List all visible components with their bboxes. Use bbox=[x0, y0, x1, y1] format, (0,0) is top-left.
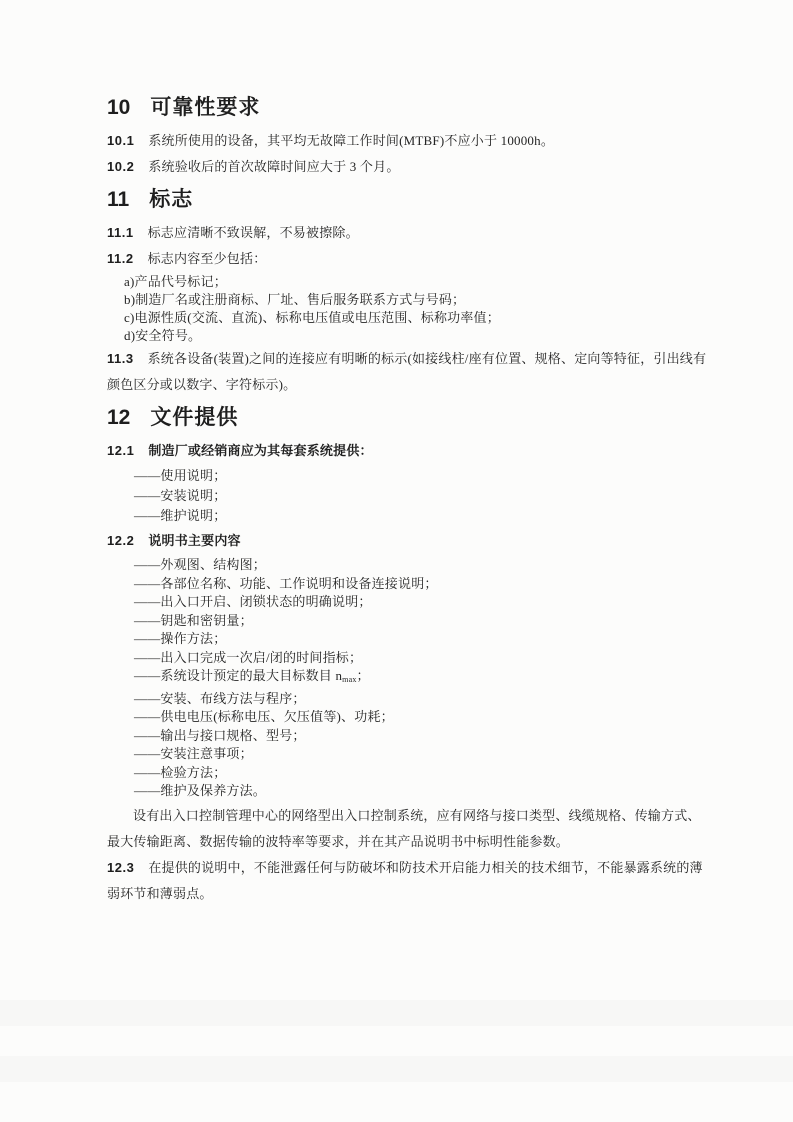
section-11-title: 标志 bbox=[149, 188, 193, 211]
list-item: ——安装、布线方法与程序； bbox=[134, 690, 707, 709]
section-10-number: 10 bbox=[107, 96, 130, 120]
list-item: ——出入口开启、闭锁状态的明确说明； bbox=[134, 593, 707, 612]
scan-artifact-band bbox=[0, 1056, 793, 1082]
list-item: ——出入口完成一次启/闭的时间指标； bbox=[134, 649, 707, 668]
clause-11-3-text: 系统各设备(装置)之间的连接应有明晰的标示(如接线柱/座有位置、规格、定向等特征… bbox=[107, 351, 706, 392]
section-11-heading: 11标志 bbox=[107, 188, 707, 212]
clause-12-2: 12.2说明书主要内容 bbox=[107, 528, 707, 554]
list-item-nmax: ——系统设计预定的最大目标数目 nmax； bbox=[134, 667, 707, 690]
section-10-heading: 10可靠性要求 bbox=[107, 96, 707, 120]
list-item: ——使用说明； bbox=[134, 466, 707, 486]
scan-artifact-band bbox=[0, 1000, 793, 1026]
clause-11-3: 11.3系统各设备(装置)之间的连接应有明晰的标示(如接线柱/座有位置、规格、定… bbox=[107, 346, 707, 398]
list-item: ——操作方法； bbox=[134, 630, 707, 649]
clause-11-2: 11.2标志内容至少包括： bbox=[107, 246, 707, 272]
list-item: a)产品代号标记； bbox=[124, 273, 707, 291]
clause-12-1-title: 制造厂或经销商应为其每套系统提供： bbox=[148, 443, 372, 458]
document-page: 10可靠性要求 10.1系统所使用的设备，其平均无故障工作时间(MTBF)不应小… bbox=[0, 0, 793, 1122]
item-text: ——系统设计预定的最大目标数目 n bbox=[134, 668, 342, 683]
list-item: ——钥匙和密钥量； bbox=[134, 612, 707, 631]
clause-11-2-text: 标志内容至少包括： bbox=[148, 251, 267, 266]
list-item: ——各部位名称、功能、工作说明和设备连接说明； bbox=[134, 575, 707, 594]
network-system-paragraph: 设有出入口控制管理中心的网络型出入口控制系统，应有网络与接口类型、线缆规格、传输… bbox=[107, 803, 707, 855]
clause-11-1: 11.1标志应清晰不致误解，不易被擦除。 bbox=[107, 220, 707, 246]
list-item: c)电源性质(交流、直流)、标称电压值或电压范围、标称功率值； bbox=[124, 309, 707, 327]
clause-12-2-number: 12.2 bbox=[107, 528, 134, 554]
section-11-number: 11 bbox=[107, 188, 129, 212]
clause-11-2-number: 11.2 bbox=[107, 246, 134, 272]
list-item: ——供电电压(标称电压、欠压值等)、功耗； bbox=[134, 708, 707, 727]
list-item: ——外观图、结构图； bbox=[134, 556, 707, 575]
list-item: ——安装注意事项； bbox=[134, 745, 707, 764]
clause-11-1-text: 标志应清晰不致误解，不易被擦除。 bbox=[148, 225, 359, 240]
section-12-number: 12 bbox=[107, 406, 130, 430]
clause-12-3: 12.3在提供的说明中，不能泄露任何与防破坏和防技术开启能力相关的技术细节，不能… bbox=[107, 855, 707, 907]
list-item: ——安装说明； bbox=[134, 486, 707, 506]
section-12-heading: 12文件提供 bbox=[107, 406, 707, 430]
clause-12-2-title: 说明书主要内容 bbox=[148, 533, 240, 548]
clause-10-1-number: 10.1 bbox=[107, 128, 134, 154]
clause-11-3-number: 11.3 bbox=[107, 346, 134, 372]
clause-12-3-text: 在提供的说明中，不能泄露任何与防破坏和防技术开启能力相关的技术细节，不能暴露系统… bbox=[107, 860, 703, 901]
section-12-title: 文件提供 bbox=[150, 406, 238, 429]
list-item: b)制造厂名或注册商标、厂址、售后服务联系方式与号码； bbox=[124, 291, 707, 309]
clause-12-3-number: 12.3 bbox=[107, 855, 134, 881]
item-subscript: max bbox=[342, 675, 356, 684]
clause-12-1: 12.1制造厂或经销商应为其每套系统提供： bbox=[107, 438, 707, 464]
provided-documents-list: ——使用说明； ——安装说明； ——维护说明； bbox=[107, 466, 707, 526]
marking-content-list: a)产品代号标记； b)制造厂名或注册商标、厂址、售后服务联系方式与号码； c)… bbox=[107, 273, 707, 345]
clause-11-1-number: 11.1 bbox=[107, 220, 134, 246]
item-text: ； bbox=[357, 668, 370, 683]
list-item: d)安全符号。 bbox=[124, 327, 707, 345]
list-item: ——检验方法； bbox=[134, 764, 707, 783]
manual-contents-list: ——外观图、结构图； ——各部位名称、功能、工作说明和设备连接说明； ——出入口… bbox=[107, 556, 707, 801]
clause-12-1-number: 12.1 bbox=[107, 438, 134, 464]
section-10-title: 可靠性要求 bbox=[150, 96, 260, 119]
list-item: ——维护及保养方法。 bbox=[134, 782, 707, 801]
list-item: ——输出与接口规格、型号； bbox=[134, 727, 707, 746]
clause-10-2-text: 系统验收后的首次故障时间应大于 3 个月。 bbox=[148, 159, 399, 174]
clause-10-1: 10.1系统所使用的设备，其平均无故障工作时间(MTBF)不应小于 10000h… bbox=[107, 128, 707, 154]
list-item: ——维护说明； bbox=[134, 506, 707, 526]
clause-10-2: 10.2系统验收后的首次故障时间应大于 3 个月。 bbox=[107, 154, 707, 180]
clause-10-2-number: 10.2 bbox=[107, 154, 134, 180]
clause-10-1-text: 系统所使用的设备，其平均无故障工作时间(MTBF)不应小于 10000h。 bbox=[148, 133, 554, 148]
